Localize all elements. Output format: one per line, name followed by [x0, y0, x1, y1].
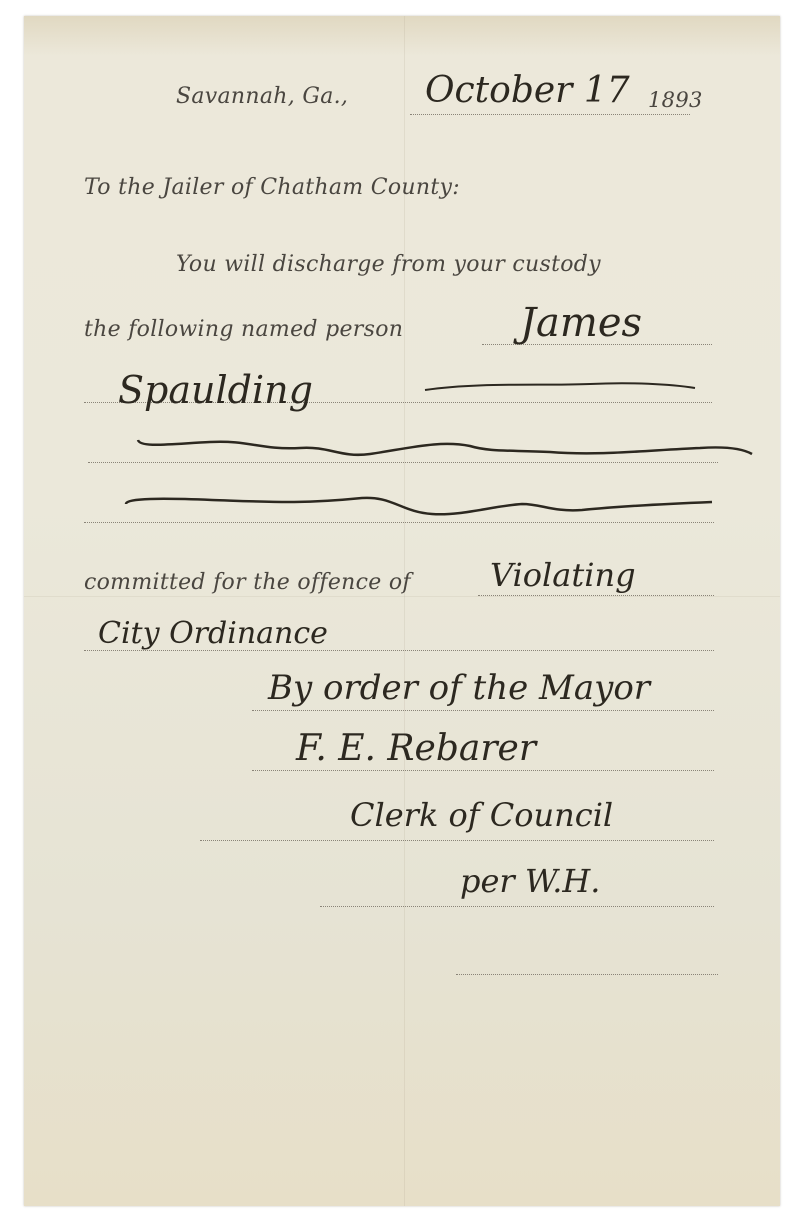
handwritten-offence-1: Violating	[490, 556, 636, 594]
salutation: To the Jailer of Chatham County:	[84, 175, 460, 200]
signature-dotted-line-5	[456, 974, 718, 975]
signature-dotted-line-4	[320, 906, 714, 907]
signature-line-2: F. E. Rebarer	[296, 728, 536, 769]
body-line-2-label: the following named person	[84, 317, 403, 342]
offence-dotted-line-1	[478, 595, 714, 596]
signature-dotted-line-3	[200, 840, 714, 841]
blank-fill-stroke-1	[420, 378, 700, 398]
handwritten-date: October 17	[425, 70, 630, 111]
handwritten-offence-2: City Ordinance	[98, 616, 328, 651]
paper-fold-horizontal	[24, 596, 780, 597]
signature-dotted-line-2	[252, 770, 714, 771]
handwritten-first-name: James	[520, 300, 642, 346]
signature-line-3: Clerk of Council	[350, 796, 613, 834]
offence-label: committed for the offence of	[84, 570, 411, 595]
signature-line-4: per W.H.	[460, 862, 600, 900]
date-dotted-line	[410, 114, 690, 115]
handwritten-last-name: Spaulding	[118, 368, 313, 412]
printed-year: 1893	[648, 88, 703, 112]
blank-fill-stroke-3	[122, 494, 732, 530]
signature-dotted-line-1	[252, 710, 714, 711]
printed-place: Savannah, Ga.,	[176, 84, 348, 109]
signature-line-1: By order of the Mayor	[268, 668, 650, 708]
body-line-1: You will discharge from your custody	[176, 252, 601, 277]
blank-fill-stroke-2	[130, 436, 760, 476]
